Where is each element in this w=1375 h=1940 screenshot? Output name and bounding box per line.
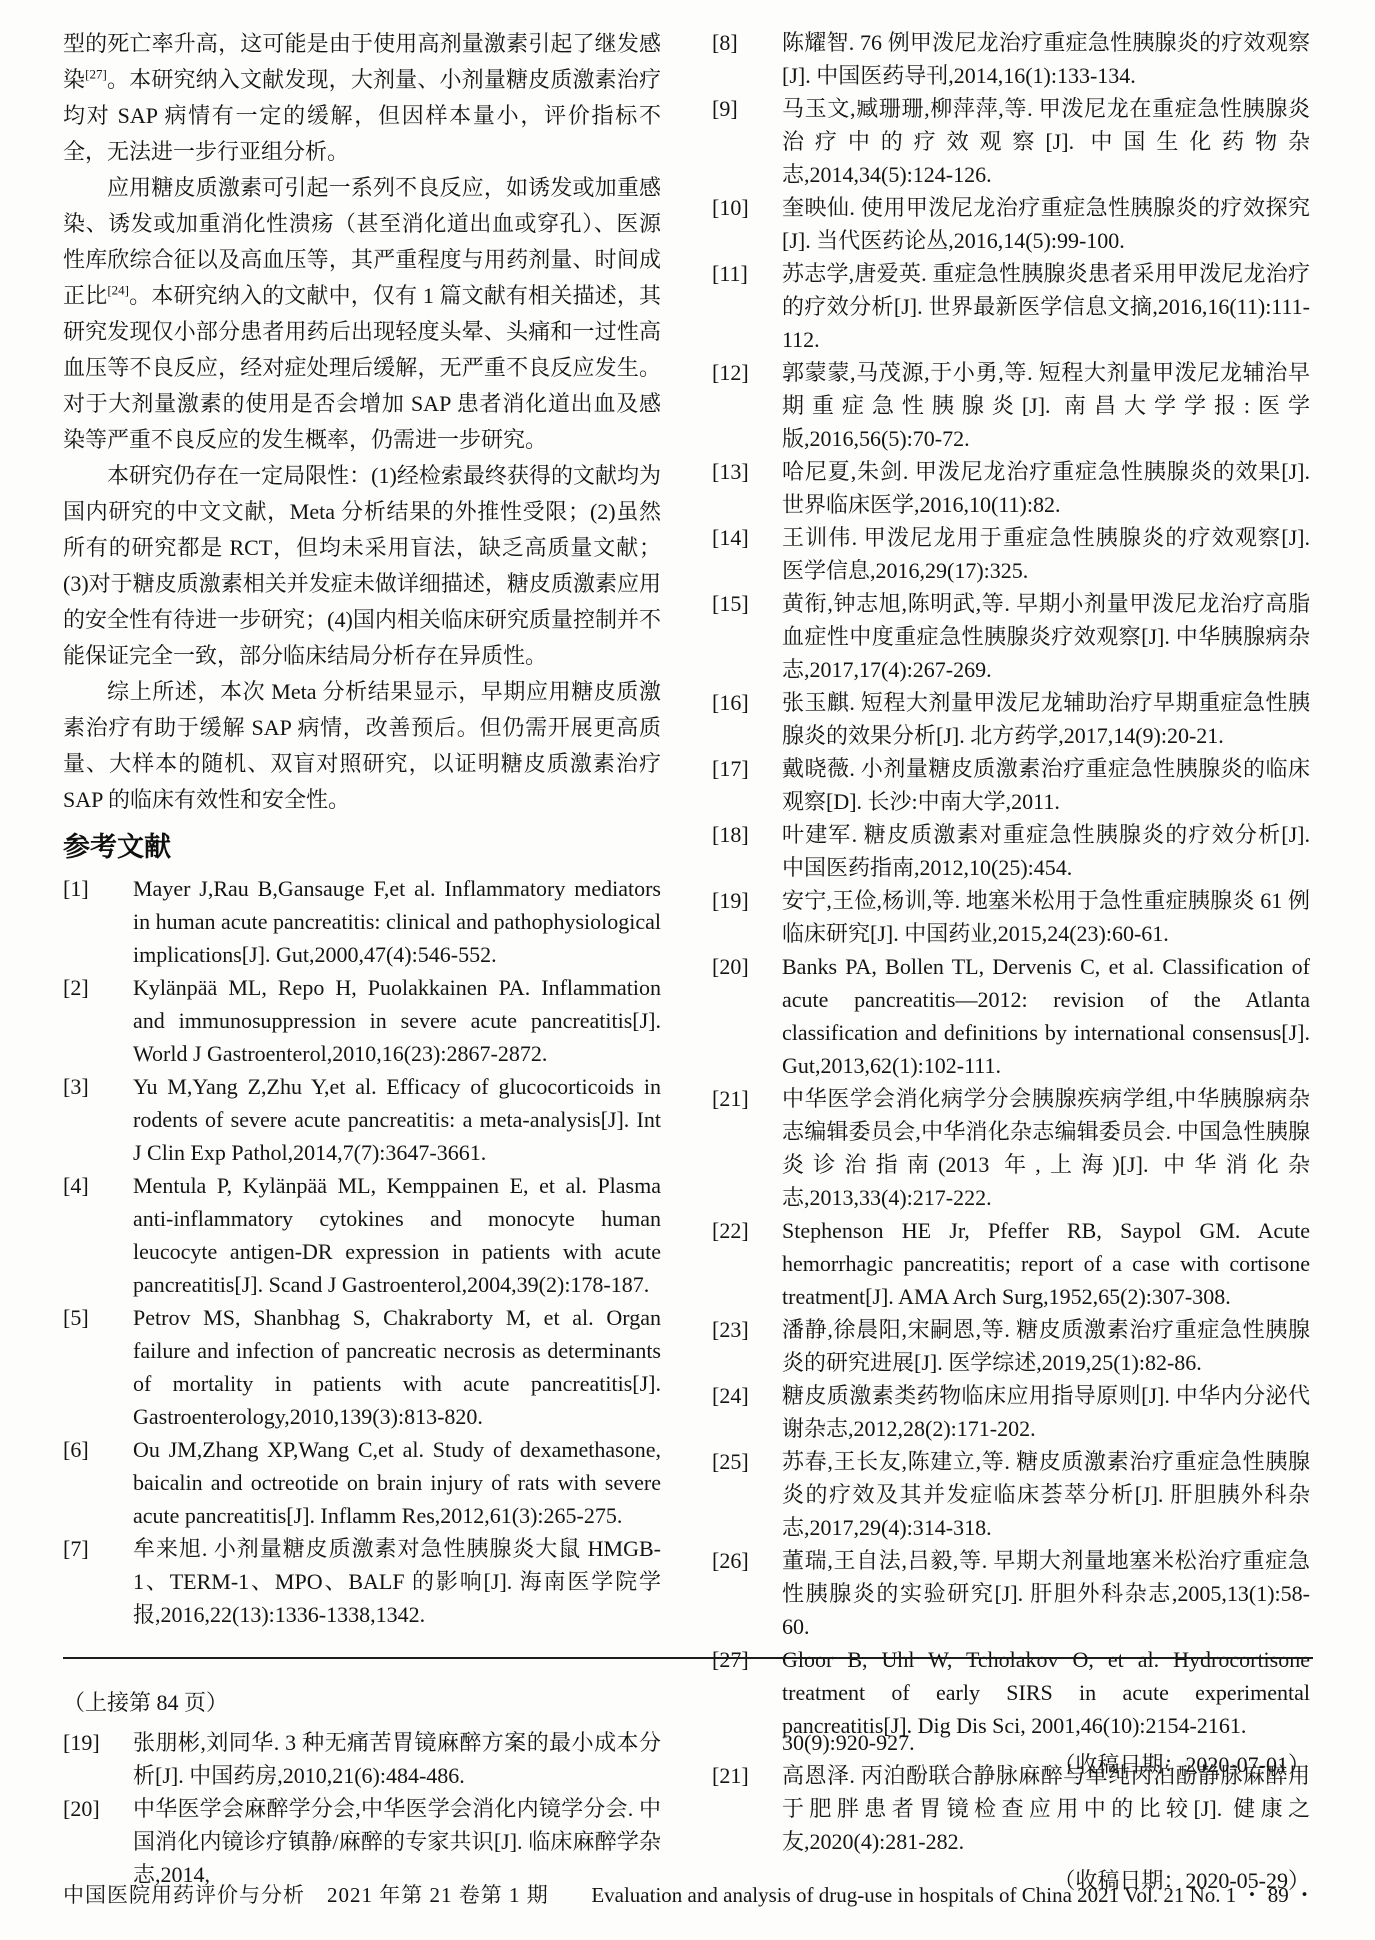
reference-text: 糖皮质激素类药物临床应用指导原则[J]. 中华内分泌代谢杂志,2012,28(2… — [782, 1379, 1310, 1445]
reference-text: 叶建军. 糖皮质激素对重症急性胰腺炎的疗效分析[J]. 中国医药指南,2012,… — [782, 818, 1310, 884]
reference-item: [1] Mayer J,Rau B,Gansauge F,et al. Infl… — [63, 872, 661, 971]
main-columns: 型的死亡率升高，这可能是由于使用高剂量激素引起了继发感染[27]。本研究纳入文献… — [63, 26, 1310, 1781]
reference-text: Kylänpää ML, Repo H, Puolakkainen PA. In… — [133, 971, 661, 1070]
journal-title-cn: 中国医院用药评价与分析 2021 年第 21 卷第 1 期 — [63, 1880, 549, 1910]
reference-label: [24] — [712, 1379, 782, 1445]
reference-text: 郭蒙蒙,马茂源,于小勇,等. 短程大剂量甲泼尼龙辅治早期重症急性胰腺炎[J]. … — [782, 356, 1310, 455]
reference-text: 30(9):920-927. — [782, 1726, 1310, 1759]
body-paragraph: 本研究仍存在一定局限性：(1)经检索最终获得的文献均为国内研究的中文文献，Met… — [63, 458, 661, 674]
reference-item: [9] 马玉文,臧珊珊,柳萍萍,等. 甲泼尼龙在重症急性胰腺炎治疗中的疗效观察[… — [712, 92, 1310, 191]
reference-item: [19] 张朋彬,刘同华. 3 种无痛苦胃镜麻醉方案的最小成本分析[J]. 中国… — [63, 1726, 661, 1792]
right-column: [8] 陈耀智. 76 例甲泼尼龙治疗重症急性胰腺炎的疗效观察[J]. 中国医药… — [712, 26, 1310, 1781]
reference-text: 奎映仙. 使用甲泼尼龙治疗重症急性胰腺炎的疗效探究[J]. 当代医药论丛,201… — [782, 191, 1310, 257]
reference-text: 苏志学,唐爱英. 重症急性胰腺炎患者采用甲泼尼龙治疗的疗效分析[J]. 世界最新… — [782, 257, 1310, 356]
reference-text: 潘静,徐晨阳,宋嗣恩,等. 糖皮质激素治疗重症急性胰腺炎的研究进展[J]. 医学… — [782, 1313, 1310, 1379]
reference-item: [6] Ou JM,Zhang XP,Wang C,et al. Study o… — [63, 1433, 661, 1532]
reference-list-left: [1] Mayer J,Rau B,Gansauge F,et al. Infl… — [63, 872, 661, 1631]
reference-text: 牟来旭. 小剂量糖皮质激素对急性胰腺炎大鼠 HMGB-1、TERM-1、MPO、… — [133, 1532, 661, 1631]
reference-label: [2] — [63, 971, 133, 1070]
reference-label: [15] — [712, 587, 782, 686]
reference-label: [11] — [712, 257, 782, 356]
reference-label: [23] — [712, 1313, 782, 1379]
reference-text: Banks PA, Bollen TL, Dervenis C, et al. … — [782, 950, 1310, 1082]
reference-label: [14] — [712, 521, 782, 587]
page-footer: 中国医院用药评价与分析 2021 年第 21 卷第 1 期 Evaluation… — [63, 1880, 1315, 1910]
reference-label: [13] — [712, 455, 782, 521]
reference-item: [24] 糖皮质激素类药物临床应用指导原则[J]. 中华内分泌代谢杂志,2012… — [712, 1379, 1310, 1445]
continuation-section: （上接第 84 页） [19] 张朋彬,刘同华. 3 种无痛苦胃镜麻醉方案的最小… — [63, 1686, 1310, 1897]
reference-item: [26] 董瑞,王自法,吕毅,等. 早期大剂量地塞米松治疗重症急性胰腺炎的实验研… — [712, 1544, 1310, 1643]
paragraph-text: 。本研究纳入文献发现，大剂量、小剂量糖皮质激素治疗均对 SAP 病情有一定的缓解… — [63, 67, 661, 164]
reference-item: [16] 张玉麒. 短程大剂量甲泼尼龙辅助治疗早期重症急性胰腺炎的效果分析[J]… — [712, 686, 1310, 752]
continuation-reference-list-right: 30(9):920-927. [21] 高恩泽. 丙泊酚联合静脉麻醉与单纯丙泊酚… — [712, 1726, 1310, 1858]
separator-rule — [63, 1657, 1313, 1659]
reference-label: [6] — [63, 1433, 133, 1532]
reference-text: 马玉文,臧珊珊,柳萍萍,等. 甲泼尼龙在重症急性胰腺炎治疗中的疗效观察[J]. … — [782, 92, 1310, 191]
reference-text: 中华医学会消化病学分会胰腺疾病学组,中华胰腺病杂志编辑委员会,中华消化杂志编辑委… — [782, 1082, 1310, 1214]
reference-label: [21] — [712, 1759, 782, 1858]
reference-label: [20] — [63, 1792, 133, 1891]
body-paragraph: 综上所述，本次 Meta 分析结果显示，早期应用糖皮质激素治疗有助于缓解 SAP… — [63, 674, 661, 818]
reference-item: [20] 中华医学会麻醉学分会,中华医学会消化内镜学分会. 中国消化内镜诊疗镇静… — [63, 1792, 661, 1891]
reference-label: [8] — [712, 26, 782, 92]
reference-item: [7] 牟来旭. 小剂量糖皮质激素对急性胰腺炎大鼠 HMGB-1、TERM-1、… — [63, 1532, 661, 1631]
reference-item: [25] 苏春,王长友,陈建立,等. 糖皮质激素治疗重症急性胰腺炎的疗效及其并发… — [712, 1445, 1310, 1544]
continuation-reference-list-left: [19] 张朋彬,刘同华. 3 种无痛苦胃镜麻醉方案的最小成本分析[J]. 中国… — [63, 1726, 661, 1891]
reference-item: [11] 苏志学,唐爱英. 重症急性胰腺炎患者采用甲泼尼龙治疗的疗效分析[J].… — [712, 257, 1310, 356]
reference-item: [10] 奎映仙. 使用甲泼尼龙治疗重症急性胰腺炎的疗效探究[J]. 当代医药论… — [712, 191, 1310, 257]
left-column: 型的死亡率升高，这可能是由于使用高剂量激素引起了继发感染[27]。本研究纳入文献… — [63, 26, 661, 1781]
reference-item: 30(9):920-927. — [712, 1726, 1310, 1759]
reference-label: [18] — [712, 818, 782, 884]
paragraph-text: 。本研究纳入的文献中，仅有 1 篇文献有相关描述，其研究发现仅小部分患者用药后出… — [63, 283, 661, 452]
reference-label: [19] — [63, 1726, 133, 1792]
reference-text: 安宁,王俭,杨训,等. 地塞米松用于急性重症胰腺炎 61 例临床研究[J]. 中… — [782, 884, 1310, 950]
reference-text: 哈尼夏,朱剑. 甲泼尼龙治疗重症急性胰腺炎的效果[J]. 世界临床医学,2016… — [782, 455, 1310, 521]
reference-item: [15] 黄衔,钟志旭,陈明武,等. 早期小剂量甲泼尼龙治疗高脂血症性中度重症急… — [712, 587, 1310, 686]
reference-item: [21] 中华医学会消化病学分会胰腺疾病学组,中华胰腺病杂志编辑委员会,中华消化… — [712, 1082, 1310, 1214]
reference-item: [5] Petrov MS, Shanbhag S, Chakraborty M… — [63, 1301, 661, 1433]
reference-text: 张玉麒. 短程大剂量甲泼尼龙辅助治疗早期重症急性胰腺炎的效果分析[J]. 北方药… — [782, 686, 1310, 752]
reference-label: [19] — [712, 884, 782, 950]
reference-label — [712, 1726, 782, 1759]
reference-text: Yu M,Yang Z,Zhu Y,et al. Efficacy of glu… — [133, 1070, 661, 1169]
reference-item: [23] 潘静,徐晨阳,宋嗣恩,等. 糖皮质激素治疗重症急性胰腺炎的研究进展[J… — [712, 1313, 1310, 1379]
reference-text: 苏春,王长友,陈建立,等. 糖皮质激素治疗重症急性胰腺炎的疗效及其并发症临床荟萃… — [782, 1445, 1310, 1544]
reference-item: [4] Mentula P, Kylänpää ML, Kemppainen E… — [63, 1169, 661, 1301]
reference-text: 中华医学会麻醉学分会,中华医学会消化内镜学分会. 中国消化内镜诊疗镇静/麻醉的专… — [133, 1792, 661, 1891]
reference-text: 陈耀智. 76 例甲泼尼龙治疗重症急性胰腺炎的疗效观察[J]. 中国医药导刊,2… — [782, 26, 1310, 92]
journal-page: 型的死亡率升高，这可能是由于使用高剂量激素引起了继发感染[27]。本研究纳入文献… — [0, 0, 1375, 1940]
reference-text: Petrov MS, Shanbhag S, Chakraborty M, et… — [133, 1301, 661, 1433]
reference-label: [21] — [712, 1082, 782, 1214]
reference-item: [20] Banks PA, Bollen TL, Dervenis C, et… — [712, 950, 1310, 1082]
body-paragraph: 应用糖皮质激素可引起一系列不良反应，如诱发或加重感染、诱发或加重消化性溃疡（甚至… — [63, 170, 661, 458]
reference-text: Mayer J,Rau B,Gansauge F,et al. Inflamma… — [133, 872, 661, 971]
reference-label: [25] — [712, 1445, 782, 1544]
reference-item: [13] 哈尼夏,朱剑. 甲泼尼龙治疗重症急性胰腺炎的效果[J]. 世界临床医学… — [712, 455, 1310, 521]
reference-text: Stephenson HE Jr, Pfeffer RB, Saypol GM.… — [782, 1214, 1310, 1313]
reference-item: [8] 陈耀智. 76 例甲泼尼龙治疗重症急性胰腺炎的疗效观察[J]. 中国医药… — [712, 26, 1310, 92]
body-paragraph: 型的死亡率升高，这可能是由于使用高剂量激素引起了继发感染[27]。本研究纳入文献… — [63, 26, 661, 170]
reference-label: [22] — [712, 1214, 782, 1313]
reference-text: 张朋彬,刘同华. 3 种无痛苦胃镜麻醉方案的最小成本分析[J]. 中国药房,20… — [133, 1726, 661, 1792]
reference-item: [17] 戴晓薇. 小剂量糖皮质激素治疗重症急性胰腺炎的临床观察[D]. 长沙:… — [712, 752, 1310, 818]
reference-item: [21] 高恩泽. 丙泊酚联合静脉麻醉与单纯丙泊酚静脉麻醉用于肥胖患者胃镜检查应… — [712, 1759, 1310, 1858]
reference-item: [22] Stephenson HE Jr, Pfeffer RB, Saypo… — [712, 1214, 1310, 1313]
continuation-note: （上接第 84 页） — [63, 1686, 661, 1720]
reference-label: [26] — [712, 1544, 782, 1643]
citation-superscript: [27] — [85, 67, 107, 82]
reference-label: [20] — [712, 950, 782, 1082]
reference-label: [9] — [712, 92, 782, 191]
reference-text: 王训伟. 甲泼尼龙用于重症急性胰腺炎的疗效观察[J]. 医学信息,2016,29… — [782, 521, 1310, 587]
reference-item: [3] Yu M,Yang Z,Zhu Y,et al. Efficacy of… — [63, 1070, 661, 1169]
reference-item: [19] 安宁,王俭,杨训,等. 地塞米松用于急性重症胰腺炎 61 例临床研究[… — [712, 884, 1310, 950]
reference-text: 董瑞,王自法,吕毅,等. 早期大剂量地塞米松治疗重症急性胰腺炎的实验研究[J].… — [782, 1544, 1310, 1643]
reference-label: [1] — [63, 872, 133, 971]
reference-label: [17] — [712, 752, 782, 818]
reference-label: [16] — [712, 686, 782, 752]
reference-label: [4] — [63, 1169, 133, 1301]
continuation-right-column: 30(9):920-927. [21] 高恩泽. 丙泊酚联合静脉麻醉与单纯丙泊酚… — [712, 1726, 1310, 1897]
reference-label: [7] — [63, 1532, 133, 1631]
reference-text: 高恩泽. 丙泊酚联合静脉麻醉与单纯丙泊酚静脉麻醉用于肥胖患者胃镜检查应用中的比较… — [782, 1759, 1310, 1858]
continuation-left-column: （上接第 84 页） [19] 张朋彬,刘同华. 3 种无痛苦胃镜麻醉方案的最小… — [63, 1686, 661, 1897]
reference-text: Mentula P, Kylänpää ML, Kemppainen E, et… — [133, 1169, 661, 1301]
references-heading: 参考文献 — [63, 830, 661, 864]
reference-list-right: [8] 陈耀智. 76 例甲泼尼龙治疗重症急性胰腺炎的疗效观察[J]. 中国医药… — [712, 26, 1310, 1742]
citation-superscript: [24] — [107, 283, 129, 298]
reference-item: [12] 郭蒙蒙,马茂源,于小勇,等. 短程大剂量甲泼尼龙辅治早期重症急性胰腺炎… — [712, 356, 1310, 455]
reference-text: Ou JM,Zhang XP,Wang C,et al. Study of de… — [133, 1433, 661, 1532]
reference-item: [14] 王训伟. 甲泼尼龙用于重症急性胰腺炎的疗效观察[J]. 医学信息,20… — [712, 521, 1310, 587]
reference-label: [5] — [63, 1301, 133, 1433]
journal-title-en: Evaluation and analysis of drug-use in h… — [591, 1880, 1315, 1910]
reference-label: [10] — [712, 191, 782, 257]
reference-label: [3] — [63, 1070, 133, 1169]
reference-label: [12] — [712, 356, 782, 455]
reference-text: 戴晓薇. 小剂量糖皮质激素治疗重症急性胰腺炎的临床观察[D]. 长沙:中南大学,… — [782, 752, 1310, 818]
reference-text: 黄衔,钟志旭,陈明武,等. 早期小剂量甲泼尼龙治疗高脂血症性中度重症急性胰腺炎疗… — [782, 587, 1310, 686]
reference-item: [18] 叶建军. 糖皮质激素对重症急性胰腺炎的疗效分析[J]. 中国医药指南,… — [712, 818, 1310, 884]
reference-item: [2] Kylänpää ML, Repo H, Puolakkainen PA… — [63, 971, 661, 1070]
